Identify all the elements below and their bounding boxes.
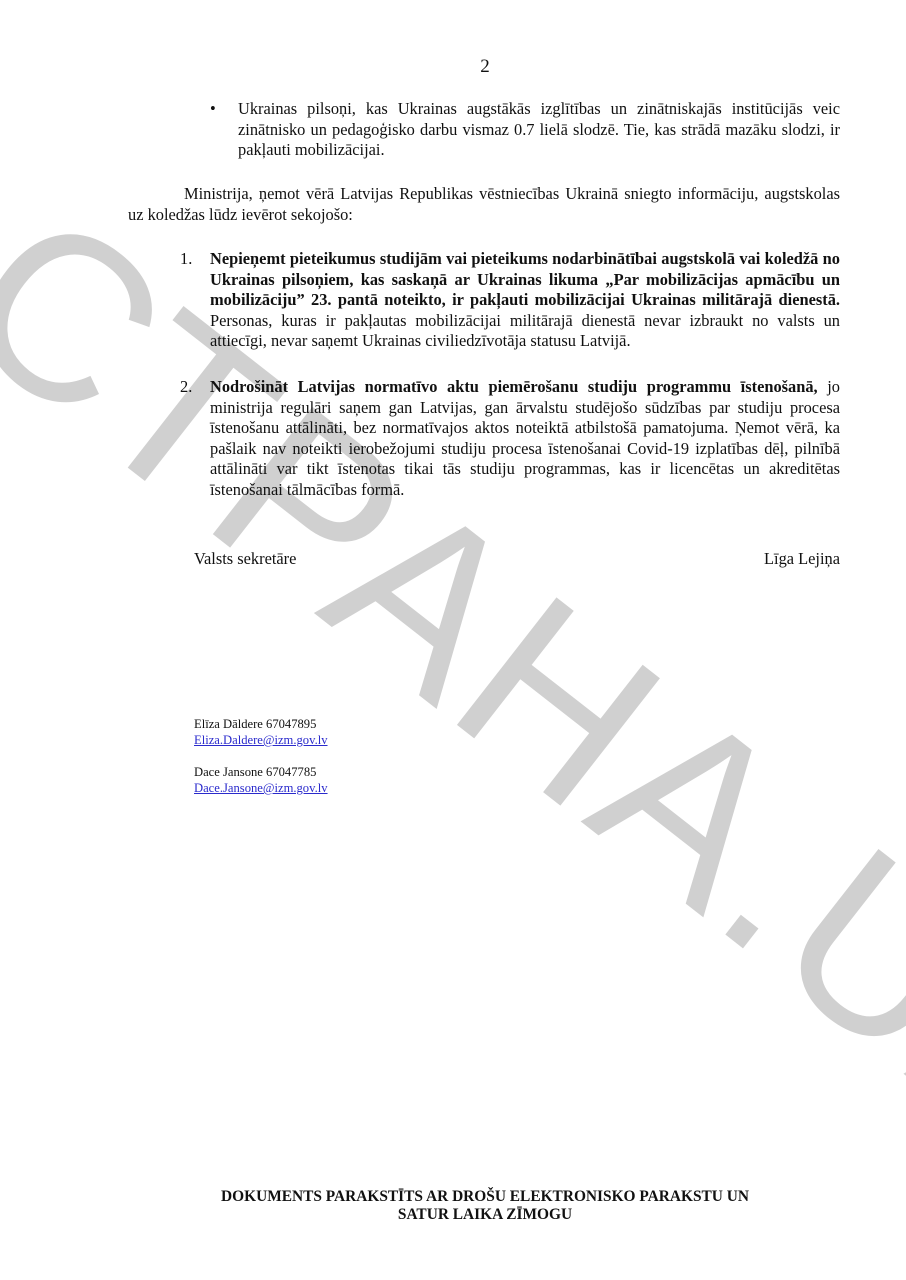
signer-name: Līga Lejiņa bbox=[764, 549, 840, 569]
item-bold-text: Nodrošināt Latvijas normatīvo aktu piemē… bbox=[210, 377, 818, 396]
contact-email-link[interactable]: Dace.Jansone@izm.gov.lv bbox=[194, 780, 328, 796]
contact-entry: Elīza Dāldere 67047895 Eliza.Daldere@izm… bbox=[194, 716, 328, 748]
intro-paragraph: Ministrija, ņemot vērā Latvijas Republik… bbox=[128, 184, 840, 225]
contact-entry: Dace Jansone 67047785 Dace.Jansone@izm.g… bbox=[194, 764, 328, 796]
bullet-list-item: • Ukrainas pilsoņi, kas Ukrainas augstāk… bbox=[210, 99, 840, 161]
item-number: 2. bbox=[180, 377, 192, 398]
bullet-text: Ukrainas pilsoņi, kas Ukrainas augstākās… bbox=[238, 99, 840, 159]
contact-email-link[interactable]: Eliza.Daldere@izm.gov.lv bbox=[194, 732, 328, 748]
bullet-icon: • bbox=[210, 99, 216, 120]
contacts-block: Elīza Dāldere 67047895 Eliza.Daldere@izm… bbox=[194, 716, 328, 812]
signature-notice-line-2: SATUR LAIKA ZĪMOGU bbox=[0, 1206, 906, 1224]
signature-block: Valsts sekretāre Līga Lejiņa bbox=[194, 549, 840, 569]
item-number: 1. bbox=[180, 249, 192, 270]
item-text: Personas, kuras ir pakļautas mobilizācij… bbox=[210, 311, 840, 351]
page-number: 2 bbox=[0, 56, 906, 78]
contact-name-phone: Elīza Dāldere 67047895 bbox=[194, 716, 328, 732]
signer-title: Valsts sekretāre bbox=[194, 549, 296, 569]
contact-name-phone: Dace Jansone 67047785 bbox=[194, 764, 328, 780]
item-bold-text: Nepieņemt pieteikumus studijām vai piete… bbox=[210, 249, 840, 309]
signature-notice-line-1: DOKUMENTS PARAKSTĪTS AR DROŠU ELEKTRONIS… bbox=[0, 1188, 906, 1206]
signature-notice: DOKUMENTS PARAKSTĪTS AR DROŠU ELEKTRONIS… bbox=[0, 1188, 906, 1224]
numbered-item-2: 2. Nodrošināt Latvijas normatīvo aktu pi… bbox=[180, 377, 840, 500]
numbered-item-1: 1. Nepieņemt pieteikumus studijām vai pi… bbox=[180, 249, 840, 352]
